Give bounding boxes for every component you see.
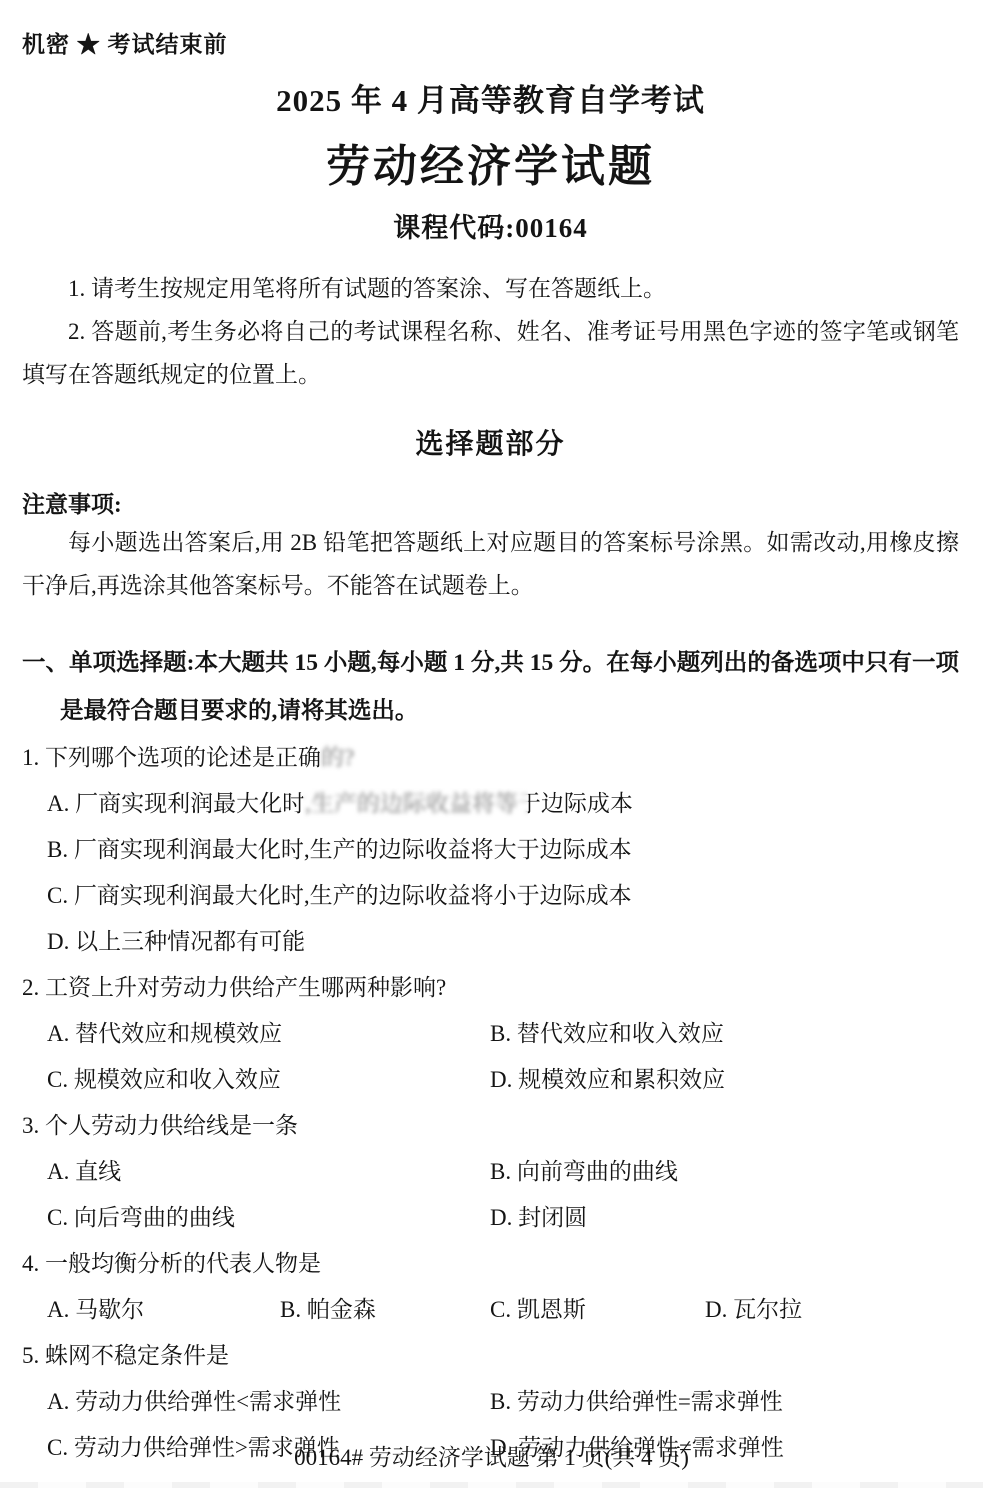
- question-4-option-a: A. 马歇尔: [47, 1287, 280, 1333]
- question-2: 2. 工资上升对劳动力供给产生哪两种影响? A. 替代效应和规模效应 B. 替代…: [22, 965, 959, 1103]
- question-1-option-c: C. 厂商实现利润最大化时,生产的边际收益将小于边际成本: [47, 873, 959, 919]
- question-4: 4. 一般均衡分析的代表人物是 A. 马歇尔 B. 帕金森 C. 凯恩斯 D. …: [22, 1241, 959, 1333]
- question-5-option-a: A. 劳动力供给弹性<需求弹性: [47, 1379, 490, 1425]
- exam-title: 劳动经济学试题: [22, 130, 959, 194]
- question-3-option-c: C. 向后弯曲的曲线: [47, 1195, 490, 1241]
- question-3-option-a: A. 直线: [47, 1149, 490, 1195]
- question-1: 1. 下列哪个选项的论述是正确的? A. 厂商实现利润最大化时,生产的边际收益将…: [22, 735, 959, 965]
- question-2-option-d: D. 规模效应和累积效应: [490, 1057, 959, 1103]
- question-2-option-a: A. 替代效应和规模效应: [47, 1011, 490, 1057]
- question-4-option-c: C. 凯恩斯: [490, 1287, 705, 1333]
- page-footer: 00164# 劳动经济学试题 第 1 页(共 4 页): [0, 1439, 983, 1472]
- question-2-option-b: B. 替代效应和收入效应: [490, 1011, 959, 1057]
- part-one-heading: 一、单项选择题:本大题共 15 小题,每小题 1 分,共 15 分。在每小题列出…: [22, 639, 959, 735]
- question-3: 3. 个人劳动力供给线是一条 A. 直线 B. 向前弯曲的曲线 C. 向后弯曲的…: [22, 1103, 959, 1241]
- course-code: 课程代码:00164: [22, 206, 959, 245]
- question-1-option-d: D. 以上三种情况都有可能: [47, 919, 959, 965]
- question-5-option-b: B. 劳动力供给弹性=需求弹性: [490, 1379, 959, 1425]
- exam-paper-page: 机密 ★ 考试结束前 2025 年 4 月高等教育自学考试 劳动经济学试题 课程…: [0, 0, 983, 1488]
- security-classification-label: 机密 ★ 考试结束前: [22, 26, 959, 59]
- scan-edge-artifact: [0, 1482, 983, 1488]
- instruction-item-2: 2. 答题前,考生务必将自己的考试课程名称、姓名、准考证号用黑色字迹的签字笔或钢…: [22, 310, 959, 396]
- question-4-option-d: D. 瓦尔拉: [705, 1287, 959, 1333]
- question-5-stem: 5. 蛛网不稳定条件是: [22, 1333, 959, 1379]
- notice-heading: 注意事项:: [22, 486, 959, 519]
- question-2-options: A. 替代效应和规模效应 B. 替代效应和收入效应 C. 规模效应和收入效应 D…: [22, 1011, 959, 1103]
- section-title: 选择题部分: [22, 422, 959, 462]
- question-2-option-c: C. 规模效应和收入效应: [47, 1057, 490, 1103]
- notice-body: 每小题选出答案后,用 2B 铅笔把答题纸上对应题目的答案标号涂黑。如需改动,用橡…: [22, 521, 959, 607]
- question-4-option-b: B. 帕金森: [280, 1287, 490, 1333]
- question-3-option-b: B. 向前弯曲的曲线: [490, 1149, 959, 1195]
- exam-session-title: 2025 年 4 月高等教育自学考试: [22, 75, 959, 120]
- question-3-options: A. 直线 B. 向前弯曲的曲线 C. 向后弯曲的曲线 D. 封闭圆: [22, 1149, 959, 1241]
- question-1-stem: 1. 下列哪个选项的论述是正确的?: [22, 735, 959, 781]
- question-1-option-b: B. 厂商实现利润最大化时,生产的边际收益将大于边际成本: [47, 827, 959, 873]
- question-3-stem: 3. 个人劳动力供给线是一条: [22, 1103, 959, 1149]
- question-3-option-d: D. 封闭圆: [490, 1195, 959, 1241]
- question-1-option-a: A. 厂商实现利润最大化时,生产的边际收益将等于边际成本: [47, 781, 959, 827]
- instruction-item-1: 1. 请考生按规定用笔将所有试题的答案涂、写在答题纸上。: [22, 267, 959, 310]
- question-list: 1. 下列哪个选项的论述是正确的? A. 厂商实现利润最大化时,生产的边际收益将…: [22, 735, 959, 1471]
- question-2-stem: 2. 工资上升对劳动力供给产生哪两种影响?: [22, 965, 959, 1011]
- question-4-options: A. 马歇尔 B. 帕金森 C. 凯恩斯 D. 瓦尔拉: [22, 1287, 959, 1333]
- question-4-stem: 4. 一般均衡分析的代表人物是: [22, 1241, 959, 1287]
- question-1-options: A. 厂商实现利润最大化时,生产的边际收益将等于边际成本 B. 厂商实现利润最大…: [22, 781, 959, 965]
